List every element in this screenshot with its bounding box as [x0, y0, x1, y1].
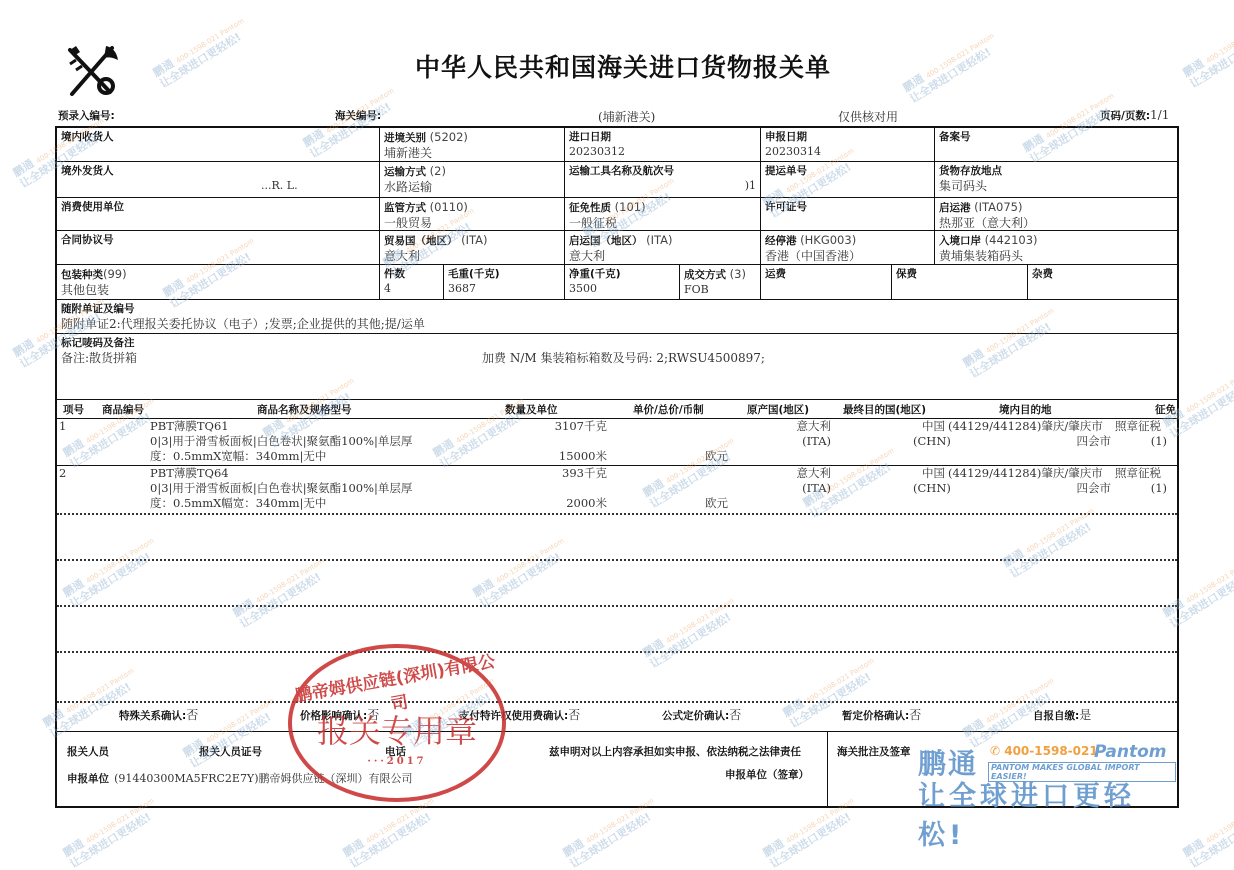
declare-date-value: 20230314: [765, 144, 930, 160]
freight-cell: 运费: [761, 265, 892, 300]
transport-mode-label: 运输方式: [384, 166, 426, 178]
brand-phone-number: 400-1598-021: [1004, 744, 1097, 758]
shipper-label: 境外发货人: [61, 164, 375, 178]
supervision-code: (0110): [430, 200, 468, 214]
attached-docs-value: 随附单证2:代理报关委托协议（电子）;发票;企业提供的其他;提/运单: [61, 316, 1175, 332]
goods-currency: 欧元: [705, 496, 728, 511]
departure-port-value: 热那亚（意大利）: [939, 215, 1175, 231]
package-cell: 包装种类(99) 其他包装: [57, 265, 380, 300]
origin-country-code: (ITA): [646, 233, 672, 247]
goods-origin-code: (ITA): [757, 481, 831, 496]
col-qty-unit: 数量及单位: [505, 402, 558, 417]
col-levy: 征免: [1155, 402, 1176, 417]
transit-port-value: 香港（中国香港）: [765, 248, 930, 264]
goods-spec-2: 度：0.5mmX幅宽：340mm|无中: [150, 496, 326, 511]
goods-final-dest: 中国: [857, 419, 945, 434]
storage-value: 集司码头: [939, 178, 1175, 194]
goods-spec: 0|3|用于滑雪板面板|白色卷状|聚氨酯100%|单层厚: [150, 434, 412, 449]
transit-port-code: (HKG003): [800, 233, 856, 247]
net-weight-value: 3500: [569, 281, 675, 297]
provisional-price-label: 暂定价格确认:: [842, 710, 909, 722]
goods-qty-kg: 3107千克: [487, 419, 607, 434]
goods-name: PBT薄膜TQ64: [150, 466, 229, 481]
brand-slogan-cn: 让全球进口更轻松!: [918, 774, 1176, 852]
page-title: 中华人民共和国海关进口货物报关单: [0, 48, 1234, 84]
storage-label: 货物存放地点: [939, 164, 1175, 178]
import-date-label: 进口日期: [569, 130, 756, 144]
departure-port-code: (ITA075): [974, 200, 1022, 214]
customs-office: (埔新港关): [598, 108, 655, 125]
levy-nature-value: 一般征税: [569, 215, 756, 231]
net-weight-label: 净重(千克): [569, 267, 675, 281]
terms-code: (3): [730, 267, 746, 281]
declarant-id-label: 报关人员证号: [199, 744, 262, 759]
transit-port-cell: 经停港 (HKG003) 香港（中国香港）: [761, 231, 935, 265]
for-verification-note: 仅供核对用: [838, 108, 898, 125]
special-relation-label: 特殊关系确认:: [119, 710, 186, 722]
phone-icon: ✆: [990, 744, 1004, 758]
entry-customs-label: 进境关别: [384, 132, 426, 144]
goods-row: 2 PBT薄膜TQ64 0|3|用于滑雪板面板|白色卷状|聚氨酯100%|单层厚…: [57, 466, 1179, 512]
consignee-cell: 境内收货人: [57, 128, 380, 162]
terms-value: FOB: [684, 282, 756, 298]
record-no-cell: 备案号: [935, 128, 1179, 162]
formula-pricing-label: 公式定价确认:: [662, 710, 729, 722]
goods-levy-code: (1): [1115, 434, 1167, 449]
pantom-brand-logo: 鹏通 ✆ 400-1598-021 Pantom PANTOM MAKES GL…: [918, 742, 1176, 806]
brand-name-en: Pantom: [1094, 742, 1166, 762]
trade-country-value: 意大利: [384, 248, 560, 264]
price-influence-label: 价格影响确认:: [300, 710, 367, 722]
package-label: 包装种类: [61, 269, 103, 281]
marks-container-info: 加费 N/M 集装箱标箱数及号码: 2;RWSU4500897;: [482, 350, 765, 366]
entry-customs-code: (5202): [430, 130, 468, 144]
license-label: 许可证号: [765, 200, 930, 214]
royalty-label: 支付特许权使用费确认:: [459, 710, 568, 722]
package-code: (99): [103, 267, 127, 281]
consignee-label: 境内收货人: [61, 130, 375, 144]
special-relation-value: 否: [186, 708, 198, 722]
import-date-value: 20230312: [569, 144, 756, 160]
declaration-form: 境内收货人 进境关别 (5202) 埔新港关 进口日期 20230312 申报日…: [55, 126, 1179, 808]
supervision-value: 一般贸易: [384, 215, 560, 231]
marks-label: 标记唛码及备注: [61, 336, 1175, 350]
freight-label: 运费: [765, 267, 887, 281]
origin-country-value: 意大利: [569, 248, 756, 264]
page-indicator: 页码/页数:1/1: [1100, 108, 1169, 123]
goods-final-dest-code: (CHN): [913, 434, 951, 449]
provisional-price-value: 否: [909, 708, 921, 722]
transport-mode-code: (2): [430, 164, 446, 178]
entry-customs-value: 埔新港关: [384, 145, 560, 161]
package-value: 其他包装: [61, 282, 375, 298]
goods-qty-kg: 393千克: [487, 466, 607, 481]
watermark: 鹏通 400-1598-021 Pantom让全球进口更轻松!: [1181, 794, 1234, 870]
col-product-code: 商品编号: [102, 402, 144, 417]
goods-levy-code: (1): [1115, 481, 1167, 496]
levy-nature-cell: 征免性质 (101) 一般征税: [565, 198, 761, 231]
goods-name: PBT薄膜TQ61: [150, 419, 229, 434]
insurance-label: 保费: [896, 267, 1023, 281]
terms-cell: 成交方式 (3) FOB: [680, 265, 761, 300]
departure-port-label: 启运港: [939, 202, 971, 214]
supervision-cell: 监管方式 (0110) 一般贸易: [380, 198, 565, 231]
levy-nature-code: (101): [615, 200, 646, 214]
marks-cell: 标记唛码及备注 备注:散货拼箱 加费 N/M 集装箱标箱数及号码: 2;RWSU…: [57, 334, 1179, 400]
shipper-value: ...R. L.: [61, 178, 375, 194]
pieces-cell: 件数 4: [380, 265, 444, 300]
goods-row: 1 PBT薄膜TQ61 0|3|用于滑雪板面板|白色卷状|聚氨酯100%|单层厚…: [57, 419, 1179, 465]
goods-item-no: 2: [59, 466, 66, 481]
consumer-cell: 消费使用单位: [57, 198, 380, 231]
shipper-cell: 境外发货人 ...R. L.: [57, 162, 380, 198]
self-pay-label: 自报自缴:: [1033, 710, 1079, 722]
gross-weight-value: 3687: [448, 281, 560, 297]
col-name-spec: 商品名称及规格型号: [257, 402, 352, 417]
goods-qty-m: 2000米: [487, 496, 607, 511]
misc-fee-cell: 杂费: [1028, 265, 1179, 300]
contract-label: 合同协议号: [61, 233, 375, 247]
storage-cell: 货物存放地点 集司码头: [935, 162, 1179, 198]
entry-customs-cell: 进境关别 (5202) 埔新港关: [380, 128, 565, 162]
confirmations-row: 特殊关系确认:否 价格影响确认:否 支付特许权使用费确认:否 公式定价确认:否 …: [57, 706, 1179, 730]
vessel-label: 运输工具名称及航次号: [569, 164, 756, 178]
record-no-label: 备案号: [939, 130, 1175, 144]
import-date-cell: 进口日期 20230312: [565, 128, 761, 162]
misc-fee-label: 杂费: [1032, 267, 1175, 281]
declare-date-cell: 申报日期 20230314: [761, 128, 935, 162]
departure-port-cell: 启运港 (ITA075) 热那亚（意大利）: [935, 198, 1179, 231]
pieces-label: 件数: [384, 267, 439, 281]
declaring-unit-value: (91440300MA5FRC2E7Y)鹏帝姆供应链（深圳）有限公司: [114, 772, 412, 785]
transport-mode-cell: 运输方式 (2) 水路运输: [380, 162, 565, 198]
pieces-value: 4: [384, 281, 439, 297]
col-domestic-dest: 境内目的地: [999, 402, 1052, 417]
page-label: 页码/页数:: [1100, 110, 1150, 122]
trade-country-label: 贸易国（地区）: [384, 235, 458, 247]
declaration-statement: 兹申明对以上内容承担如实申报、依法纳税之法律责任: [549, 744, 801, 759]
transport-mode-value: 水路运输: [384, 179, 560, 195]
goods-levy: 照章征税: [1115, 419, 1161, 434]
goods-spec-2: 度：0.5mmX宽幅：340mm|无中: [150, 449, 326, 464]
contract-cell: 合同协议号: [57, 231, 380, 265]
terms-label: 成交方式: [684, 269, 726, 281]
goods-origin: 意大利: [757, 466, 831, 481]
col-origin: 原产国(地区): [747, 402, 809, 417]
origin-country-label: 启运国（地区）: [569, 235, 643, 247]
footer-declarant-block: 报关人员 报关人员证号 电话 兹申明对以上内容承担如实申报、依法纳税之法律责任 …: [57, 732, 828, 808]
goods-domestic-dest-2: 四会市: [1017, 434, 1111, 449]
origin-country-cell: 启运国（地区） (ITA) 意大利: [565, 231, 761, 265]
net-weight-cell: 净重(千克) 3500: [565, 265, 680, 300]
license-cell: 许可证号: [761, 198, 935, 231]
goods-final-dest-code: (CHN): [913, 481, 951, 496]
consumer-label: 消费使用单位: [61, 200, 375, 214]
entry-port-cell: 入境口岸 (442103) 黄埔集装箱码头: [935, 231, 1179, 265]
brand-phone: ✆ 400-1598-021: [990, 744, 1098, 758]
pre-entry-no-label: 预录入编号:: [58, 108, 115, 123]
transit-port-label: 经停港: [765, 235, 797, 247]
goods-levy: 照章征税: [1115, 466, 1161, 481]
goods-domestic-dest-2: 四会市: [1017, 481, 1111, 496]
royalty-value: 否: [568, 708, 580, 722]
goods-origin: 意大利: [757, 419, 831, 434]
vessel-value: )1: [569, 178, 756, 194]
entry-port-value: 黄埔集装箱码头: [939, 248, 1175, 264]
vessel-cell: 运输工具名称及航次号 )1: [565, 162, 761, 198]
goods-spec: 0|3|用于滑雪板面板|白色卷状|聚氨酯100%|单层厚: [150, 481, 412, 496]
goods-currency: 欧元: [705, 449, 728, 464]
goods-table-header: 项号 商品编号 商品名称及规格型号 数量及单位 单价/总价/币制 原产国(地区)…: [57, 400, 1179, 418]
customs-no-label: 海关编号:: [335, 108, 381, 123]
goods-origin-code: (ITA): [757, 434, 831, 449]
customs-note-label: 海关批注及签章: [837, 744, 911, 759]
phone-label: 电话: [385, 744, 406, 759]
declaring-unit-label: 申报单位: [67, 773, 109, 785]
goods-final-dest: 中国: [857, 466, 945, 481]
bl-label: 提运单号: [765, 164, 930, 178]
goods-qty-m: 15000米: [487, 449, 607, 464]
self-pay-value: 是: [1079, 708, 1091, 722]
price-influence-value: 否: [367, 708, 379, 722]
entry-port-code: (442103): [985, 233, 1038, 247]
formula-pricing-value: 否: [729, 708, 741, 722]
trade-country-cell: 贸易国（地区） (ITA) 意大利: [380, 231, 565, 265]
gross-weight-cell: 毛重(千克) 3687: [444, 265, 565, 300]
supervision-label: 监管方式: [384, 202, 426, 214]
col-final-dest: 最终目的国(地区): [843, 402, 926, 417]
entry-port-label: 入境口岸: [939, 235, 981, 247]
declarant-label: 报关人员: [67, 744, 109, 759]
trade-country-code: (ITA): [461, 233, 487, 247]
gross-weight-label: 毛重(千克): [448, 267, 560, 281]
declare-date-label: 申报日期: [765, 130, 930, 144]
col-price: 单价/总价/币制: [633, 402, 704, 417]
goods-item-no: 1: [59, 419, 66, 434]
unit-seal-label: 申报单位（签章）: [725, 767, 809, 782]
insurance-cell: 保费: [892, 265, 1028, 300]
levy-nature-label: 征免性质: [569, 202, 611, 214]
page-value: 1/1: [1150, 108, 1169, 122]
attached-docs-cell: 随附单证及编号 随附单证2:代理报关委托协议（电子）;发票;企业提供的其他;提/…: [57, 300, 1179, 334]
bl-cell: 提运单号: [761, 162, 935, 198]
col-item-no: 项号: [63, 402, 84, 417]
attached-docs-label: 随附单证及编号: [61, 302, 1175, 316]
goods-domestic-dest: (44129/441284)肇庆/肇庆市: [948, 419, 1103, 434]
goods-domestic-dest: (44129/441284)肇庆/肇庆市: [948, 466, 1103, 481]
